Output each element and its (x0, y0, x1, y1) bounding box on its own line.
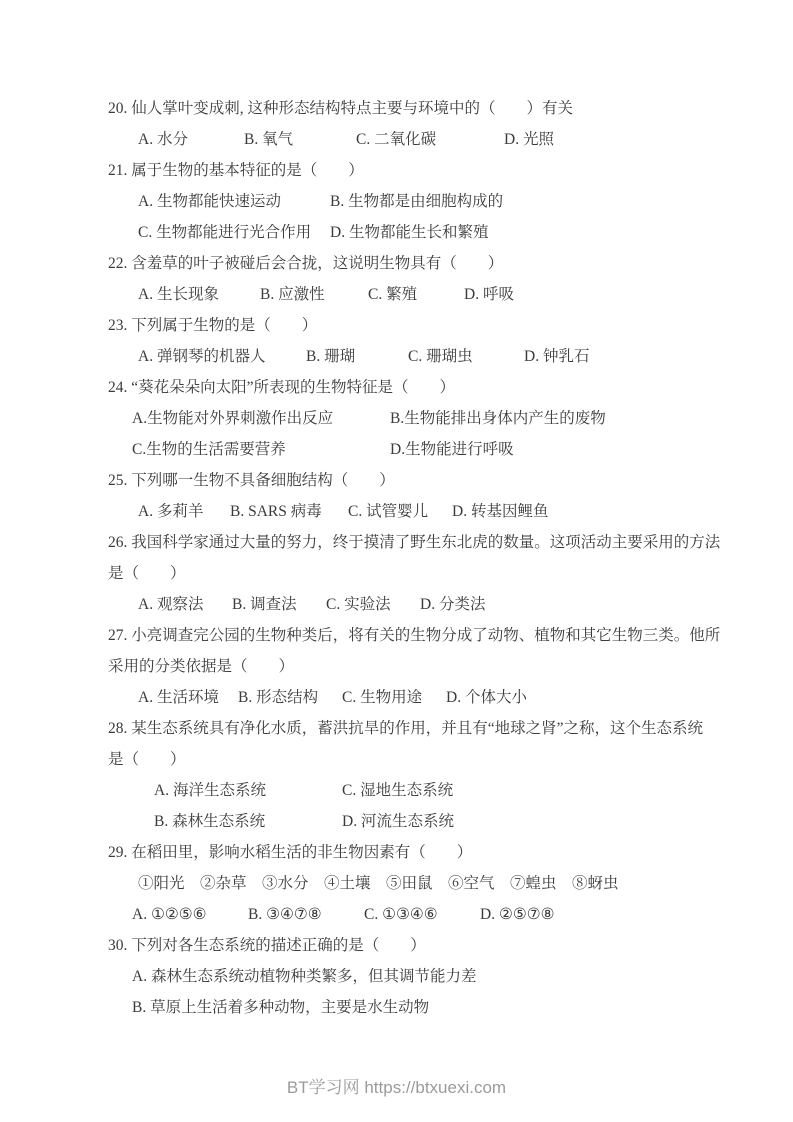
option-a: A. 多莉羊 (138, 501, 230, 522)
question-stem: 26. 我国科学家通过大量的努力，终于摸清了野生东北虎的数量。这项活动主要采用的… (108, 532, 713, 553)
option-d: D. 河流生态系统 (342, 811, 713, 832)
option-c: C. 珊瑚虫 (408, 346, 524, 367)
site-watermark: BT学习网 https://btxuexi.com (0, 1073, 793, 1098)
option-c: C. 繁殖 (368, 284, 464, 305)
question-22: 22. 含羞草的叶子被碰后会合拢，这说明生物具有（ ） A. 生长现象 B. 应… (108, 253, 713, 305)
option-a: A. 观察法 (138, 594, 232, 615)
option-a: A.生物能对外界刺激作出反应 (132, 408, 390, 429)
option-d: D. 个体大小 (446, 687, 713, 708)
option-row: A. 生活环境 B. 形态结构 C. 生物用途 D. 个体大小 (108, 687, 713, 708)
option-b: B. SARS 病毒 (230, 501, 348, 522)
option-a: A. 生活环境 (138, 687, 238, 708)
option-b: B. 调查法 (232, 594, 326, 615)
option-a: A. 弹钢琴的机器人 (138, 346, 306, 367)
question-28: 28. 某生态系统具有净化水质，蓄洪抗旱的作用，并且有“地球之肾”之称，这个生态… (108, 718, 713, 832)
question-stem: 29. 在稻田里，影响水稻生活的非生物因素有（ ） (108, 842, 713, 863)
option-row: A. 水分 B. 氧气 C. 二氧化碳 D. 光照 (108, 129, 713, 150)
option-c: C.生物的生活需要营养 (132, 439, 390, 460)
option-row: A. 生长现象 B. 应激性 C. 繁殖 D. 呼吸 (108, 284, 713, 305)
question-stem: 22. 含羞草的叶子被碰后会合拢，这说明生物具有（ ） (108, 253, 713, 274)
option-d: D. 生物都能生长和繁殖 (330, 222, 713, 243)
option-row: A.生物能对外界刺激作出反应 B.生物能排出身体内产生的废物 (108, 408, 713, 429)
option-d: D. 钟乳石 (524, 346, 713, 367)
option-d: D.生物能进行呼吸 (390, 439, 713, 460)
option-b: B. 生物都是由细胞构成的 (330, 191, 713, 212)
question-stem-continued: 采用的分类依据是（ ） (108, 656, 713, 677)
option-c: C. ①③④⑥ (364, 904, 480, 925)
numbered-item-list: ①阳光 ②杂草 ③水分 ④土壤 ⑤田鼠 ⑥空气 ⑦蝗虫 ⑧蚜虫 (108, 873, 713, 894)
question-stem: 30. 下列对各生态系统的描述正确的是（ ） (108, 935, 713, 956)
option-row: A. 生物都能快速运动 B. 生物都是由细胞构成的 (108, 191, 713, 212)
question-30: 30. 下列对各生态系统的描述正确的是（ ） A. 森林生态系统动植物种类繁多，… (108, 935, 713, 1018)
option-row: C. 生物都能进行光合作用 D. 生物都能生长和繁殖 (108, 222, 713, 243)
question-stem: 21. 属于生物的基本特征的是（ ） (108, 160, 713, 181)
option-a: A. 海洋生态系统 (154, 780, 342, 801)
option-a: A. ①②⑤⑥ (132, 904, 248, 925)
question-26: 26. 我国科学家通过大量的努力，终于摸清了野生东北虎的数量。这项活动主要采用的… (108, 532, 713, 615)
option-c: C. 湿地生态系统 (342, 780, 713, 801)
option-b: B.生物能排出身体内产生的废物 (390, 408, 713, 429)
option-d: D. 光照 (504, 129, 713, 150)
option-a: A. 生长现象 (138, 284, 260, 305)
option-row: A. 观察法 B. 调查法 C. 实验法 D. 分类法 (108, 594, 713, 615)
question-stem: 27. 小亮调查完公园的生物种类后，将有关的生物分成了动物、植物和其它生物三类。… (108, 625, 713, 646)
exam-page: 20. 仙人掌叶变成刺, 这种形态结构特点主要与环境中的（ ）有关 A. 水分 … (0, 0, 793, 1122)
option-c: C. 试管婴儿 (348, 501, 452, 522)
question-stem: 24. “葵花朵朵向太阳”所表现的生物特征是（ ） (108, 377, 713, 398)
option-row: B. 森林生态系统 D. 河流生态系统 (108, 811, 713, 832)
option-d: D. 转基因鲤鱼 (452, 501, 713, 522)
question-27: 27. 小亮调查完公园的生物种类后，将有关的生物分成了动物、植物和其它生物三类。… (108, 625, 713, 708)
option-c: C. 二氧化碳 (356, 129, 504, 150)
option-row: A. 海洋生态系统 C. 湿地生态系统 (108, 780, 713, 801)
question-20: 20. 仙人掌叶变成刺, 这种形态结构特点主要与环境中的（ ）有关 A. 水分 … (108, 98, 713, 150)
option-d: D. ②⑤⑦⑧ (480, 904, 713, 925)
question-21: 21. 属于生物的基本特征的是（ ） A. 生物都能快速运动 B. 生物都是由细… (108, 160, 713, 243)
option-b: B. 珊瑚 (306, 346, 408, 367)
question-23: 23. 下列属于生物的是（ ） A. 弹钢琴的机器人 B. 珊瑚 C. 珊瑚虫 … (108, 315, 713, 367)
question-stem: 28. 某生态系统具有净化水质，蓄洪抗旱的作用，并且有“地球之肾”之称，这个生态… (108, 718, 713, 739)
option-b: B. 森林生态系统 (154, 811, 342, 832)
option-a: A. 水分 (138, 129, 244, 150)
option-c: C. 生物都能进行光合作用 (138, 222, 330, 243)
question-stem: 25. 下列哪一生物不具备细胞结构（ ） (108, 470, 713, 491)
option-d: D. 分类法 (420, 594, 713, 615)
question-stem: 20. 仙人掌叶变成刺, 这种形态结构特点主要与环境中的（ ）有关 (108, 98, 713, 119)
option-d: D. 呼吸 (464, 284, 713, 305)
option-a: A. 生物都能快速运动 (138, 191, 330, 212)
question-24: 24. “葵花朵朵向太阳”所表现的生物特征是（ ） A.生物能对外界刺激作出反应… (108, 377, 713, 460)
question-stem-continued: 是（ ） (108, 749, 713, 770)
option-row: A. 多莉羊 B. SARS 病毒 C. 试管婴儿 D. 转基因鲤鱼 (108, 501, 713, 522)
option-b: B. 形态结构 (238, 687, 342, 708)
option-c: C. 实验法 (326, 594, 420, 615)
question-stem-continued: 是（ ） (108, 563, 713, 584)
question-stem: 23. 下列属于生物的是（ ） (108, 315, 713, 336)
question-25: 25. 下列哪一生物不具备细胞结构（ ） A. 多莉羊 B. SARS 病毒 C… (108, 470, 713, 522)
option-row: A. ①②⑤⑥ B. ③④⑦⑧ C. ①③④⑥ D. ②⑤⑦⑧ (108, 904, 713, 925)
option-c: C. 生物用途 (342, 687, 446, 708)
option-a: A. 森林生态系统动植物种类繁多，但其调节能力差 (108, 966, 713, 987)
option-row: C.生物的生活需要营养 D.生物能进行呼吸 (108, 439, 713, 460)
option-row: A. 弹钢琴的机器人 B. 珊瑚 C. 珊瑚虫 D. 钟乳石 (108, 346, 713, 367)
option-b: B. ③④⑦⑧ (248, 904, 364, 925)
option-b: B. 氧气 (244, 129, 356, 150)
option-b: B. 草原上生活着多种动物，主要是水生动物 (108, 997, 713, 1018)
question-29: 29. 在稻田里，影响水稻生活的非生物因素有（ ） ①阳光 ②杂草 ③水分 ④土… (108, 842, 713, 925)
option-b: B. 应激性 (260, 284, 368, 305)
